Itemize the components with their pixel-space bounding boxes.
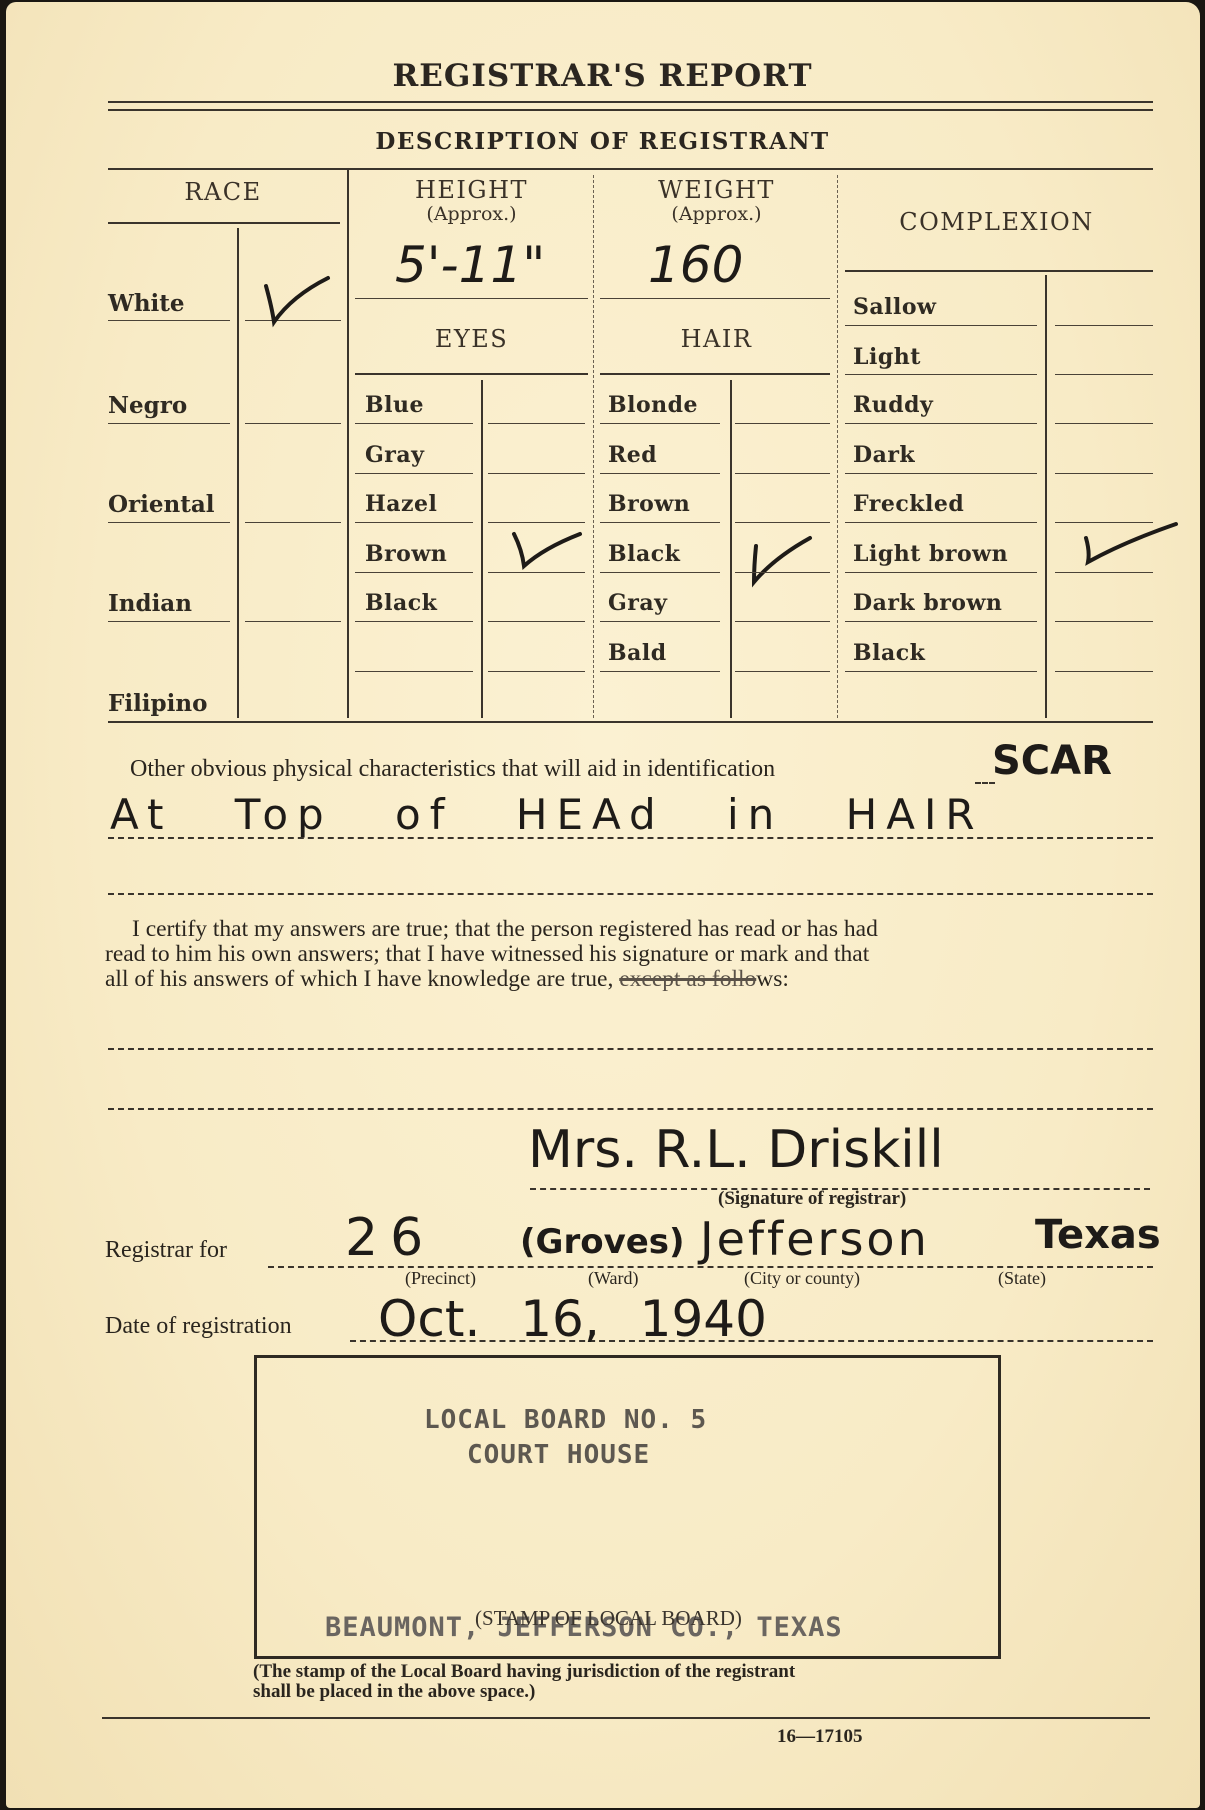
footnote: (The stamp of the Local Board having jur… — [253, 1662, 795, 1702]
height-approx-label: (Approx.) — [350, 203, 593, 225]
complexion-option-dark: Dark — [853, 442, 915, 468]
complexion-option-dark-brown: Dark brown — [853, 590, 1002, 616]
stamp-box-caption: (STAMP OF LOCAL BOARD) — [475, 1606, 742, 1631]
hair-option-blonde: Blonde — [608, 392, 698, 418]
page-title: REGISTRAR'S REPORT — [0, 58, 1205, 94]
registrar-for-label: Registrar for — [105, 1238, 227, 1263]
form-number: 16—17105 — [777, 1726, 863, 1748]
divider — [108, 168, 1153, 170]
characteristics-label: Other obvious physical characteristics t… — [130, 757, 775, 782]
height-header: HEIGHT — [350, 176, 593, 204]
row-line — [108, 423, 230, 424]
weight-value[interactable]: 160 — [648, 236, 743, 294]
weight-header: WEIGHT — [596, 176, 837, 204]
struck-text: except as follo — [619, 966, 756, 992]
height-value[interactable]: 5'-11" — [395, 236, 545, 294]
certification-line-1: I certify that my answers are true; that… — [105, 917, 1165, 942]
state-value[interactable]: Texas — [1035, 1212, 1161, 1258]
characteristics-value-2[interactable]: At Top of HEAd in HAIR — [110, 790, 984, 839]
certification-line-2: read to him his own answers; that I have… — [105, 942, 1165, 967]
certification-line-3: all of his answers of which I have knowl… — [105, 967, 1165, 992]
hair-option-black: Black — [608, 541, 680, 567]
row-line — [108, 621, 230, 622]
column-divider — [730, 380, 732, 718]
city-caption: (City or county) — [744, 1268, 860, 1289]
race-option-filipino: Filipino — [108, 690, 207, 717]
hair-option-bald: Bald — [608, 640, 667, 666]
ward-value[interactable]: (Groves) — [520, 1222, 685, 1262]
column-divider — [347, 170, 349, 718]
fill-line — [108, 1108, 1153, 1110]
complexion-option-light-brown: Light brown — [853, 541, 1008, 567]
row-line — [108, 522, 230, 523]
complexion-option-black: Black — [853, 640, 925, 666]
row-line — [600, 298, 830, 299]
divider — [108, 222, 340, 224]
row-line — [355, 298, 588, 299]
divider — [600, 373, 830, 375]
eyes-option-gray: Gray — [365, 442, 424, 468]
row-line — [108, 320, 230, 321]
race-option-oriental: Oriental — [108, 491, 215, 518]
divider — [108, 721, 1153, 723]
column-divider — [837, 175, 838, 718]
column-divider — [1045, 275, 1047, 718]
divider — [355, 373, 588, 375]
fill-line — [108, 1048, 1153, 1050]
weight-approx-label: (Approx.) — [596, 203, 837, 225]
eyes-option-brown: Brown — [365, 541, 447, 567]
eyes-option-black: Black — [365, 590, 437, 616]
race-option-white: White — [108, 290, 185, 317]
registrar-signature[interactable]: Mrs. R.L. Driskill — [528, 1120, 944, 1180]
row-line — [245, 621, 341, 622]
hair-header: HAIR — [596, 325, 837, 353]
hair-black-checkmark[interactable] — [748, 530, 818, 590]
row-line — [245, 522, 341, 523]
certification-text: I certify that my answers are true; that… — [105, 917, 1165, 992]
row-line — [245, 423, 341, 424]
hair-option-red: Red — [608, 442, 657, 468]
complexion-header: COMPLEXION — [840, 208, 1153, 236]
race-white-checkmark[interactable] — [262, 270, 332, 330]
precinct-value[interactable]: 26 — [345, 1208, 435, 1268]
registration-date-value[interactable]: Oct. 16, 1940 — [378, 1290, 767, 1348]
characteristics-value-1[interactable]: SCAR — [992, 738, 1112, 784]
divider — [108, 101, 1153, 103]
complexion-option-freckled: Freckled — [853, 491, 964, 517]
signature-caption: (Signature of registrar) — [718, 1188, 906, 1210]
state-caption: (State) — [998, 1268, 1046, 1289]
divider — [845, 270, 1153, 272]
column-divider — [481, 380, 483, 718]
hair-option-gray: Gray — [608, 590, 667, 616]
precinct-caption: (Precinct) — [405, 1268, 476, 1289]
eyes-header: EYES — [350, 325, 593, 353]
section-title: DESCRIPTION OF REGISTRANT — [0, 128, 1205, 155]
fill-line — [108, 837, 1153, 839]
complexion-light-brown-checkmark[interactable] — [1080, 520, 1180, 570]
stamp-line-1: LOCAL BOARD NO. 5 — [424, 1405, 707, 1435]
column-divider — [593, 175, 594, 718]
eyes-brown-checkmark[interactable] — [510, 528, 585, 573]
hair-option-brown: Brown — [608, 491, 690, 517]
race-option-negro: Negro — [108, 392, 187, 419]
ward-caption: (Ward) — [588, 1268, 639, 1289]
divider — [108, 109, 1153, 111]
eyes-option-blue: Blue — [365, 392, 424, 418]
fill-line — [108, 893, 1153, 895]
column-divider — [237, 228, 239, 718]
divider — [102, 1717, 1150, 1719]
race-header: RACE — [108, 178, 338, 206]
complexion-option-ruddy: Ruddy — [853, 392, 933, 418]
registration-date-label: Date of registration — [105, 1314, 292, 1339]
eyes-option-hazel: Hazel — [365, 491, 437, 517]
city-county-value[interactable]: Jefferson — [700, 1212, 930, 1266]
race-option-indian: Indian — [108, 590, 192, 617]
complexion-option-light: Light — [853, 344, 921, 370]
complexion-option-sallow: Sallow — [853, 294, 936, 320]
stamp-line-2: COURT HOUSE — [467, 1440, 650, 1470]
